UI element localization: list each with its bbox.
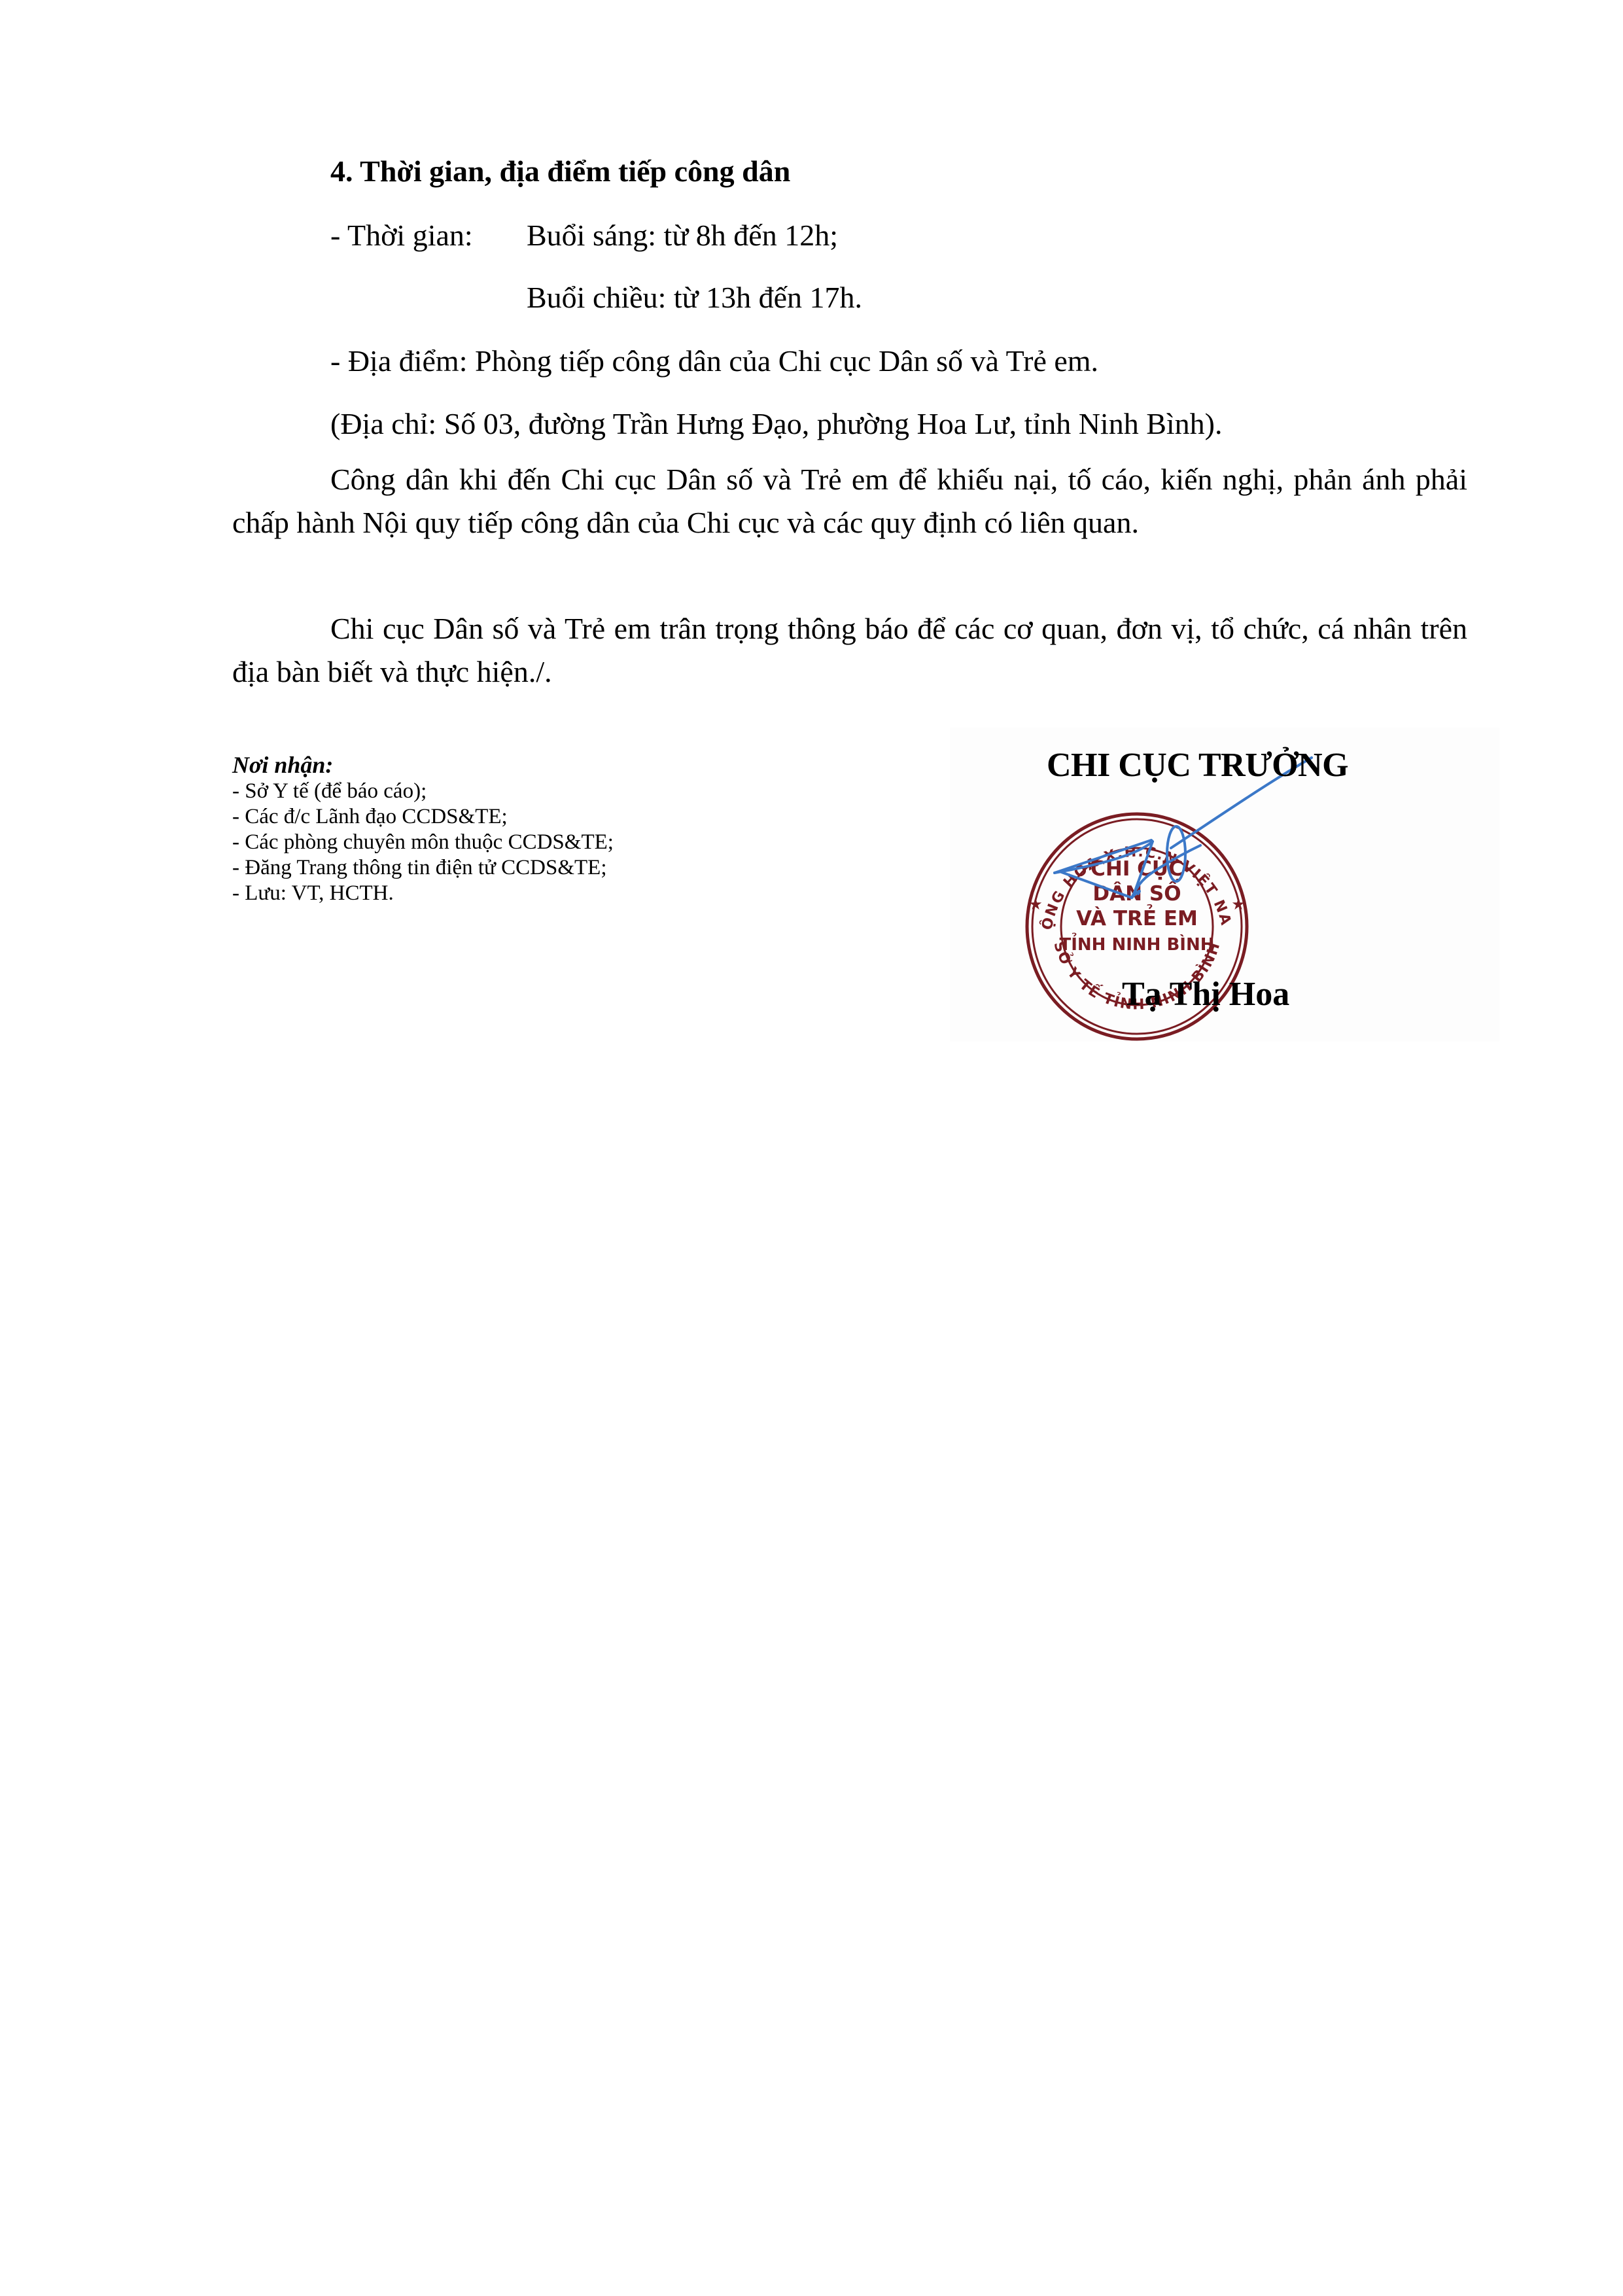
recipients-block: Nơi nhận: Sở Y tế (để báo cáo); Các đ/c …: [232, 751, 614, 906]
recipient-item: Lưu: VT, HCTH.: [232, 881, 614, 906]
signer-title: CHI CỤC TRƯỞNG: [1047, 746, 1348, 785]
time-label: - Thời gian:: [330, 216, 473, 255]
time-afternoon: Buổi chiều: từ 13h đến 17h.: [527, 278, 862, 317]
star-icon: ★: [1028, 896, 1043, 913]
paragraph-compliance: Công dân khi đến Chi cục Dân số và Trẻ e…: [232, 458, 1467, 544]
star-icon: ★: [1231, 896, 1246, 913]
recipient-item: Các đ/c Lãnh đạo CCDS&TE;: [232, 804, 614, 830]
recipients-list: Sở Y tế (để báo cáo); Các đ/c Lãnh đạo C…: [232, 779, 614, 906]
paragraph-notice: Chi cục Dân số và Trẻ em trân trọng thôn…: [232, 607, 1467, 694]
address-line: (Địa chỉ: Số 03, đường Trần Hưng Đạo, ph…: [330, 404, 1223, 444]
stamp-center-line: VÀ TRẺ EM: [1076, 905, 1198, 930]
stamp-outer-top-text: CỘNG HÒA X.H.C.N VIỆT NAM: [934, 707, 1234, 932]
stamp-center-line: TỈNH NINH BÌNH: [1060, 932, 1215, 955]
recipient-item: Sở Y tế (để báo cáo);: [232, 779, 614, 804]
location-line: - Địa điểm: Phòng tiếp công dân của Chi …: [330, 342, 1098, 381]
recipient-item: Các phòng chuyên môn thuộc CCDS&TE;: [232, 830, 614, 855]
recipients-title: Nơi nhận:: [232, 751, 614, 779]
time-morning: Buổi sáng: từ 8h đến 12h;: [527, 216, 838, 255]
signer-name: Tạ Thị Hoa: [1122, 975, 1289, 1014]
document-page: 4. Thời gian, địa điểm tiếp công dân - T…: [0, 0, 1623, 2296]
section-heading: 4. Thời gian, địa điểm tiếp công dân: [330, 152, 790, 191]
recipient-item: Đăng Trang thông tin điện tử CCDS&TE;: [232, 855, 614, 881]
